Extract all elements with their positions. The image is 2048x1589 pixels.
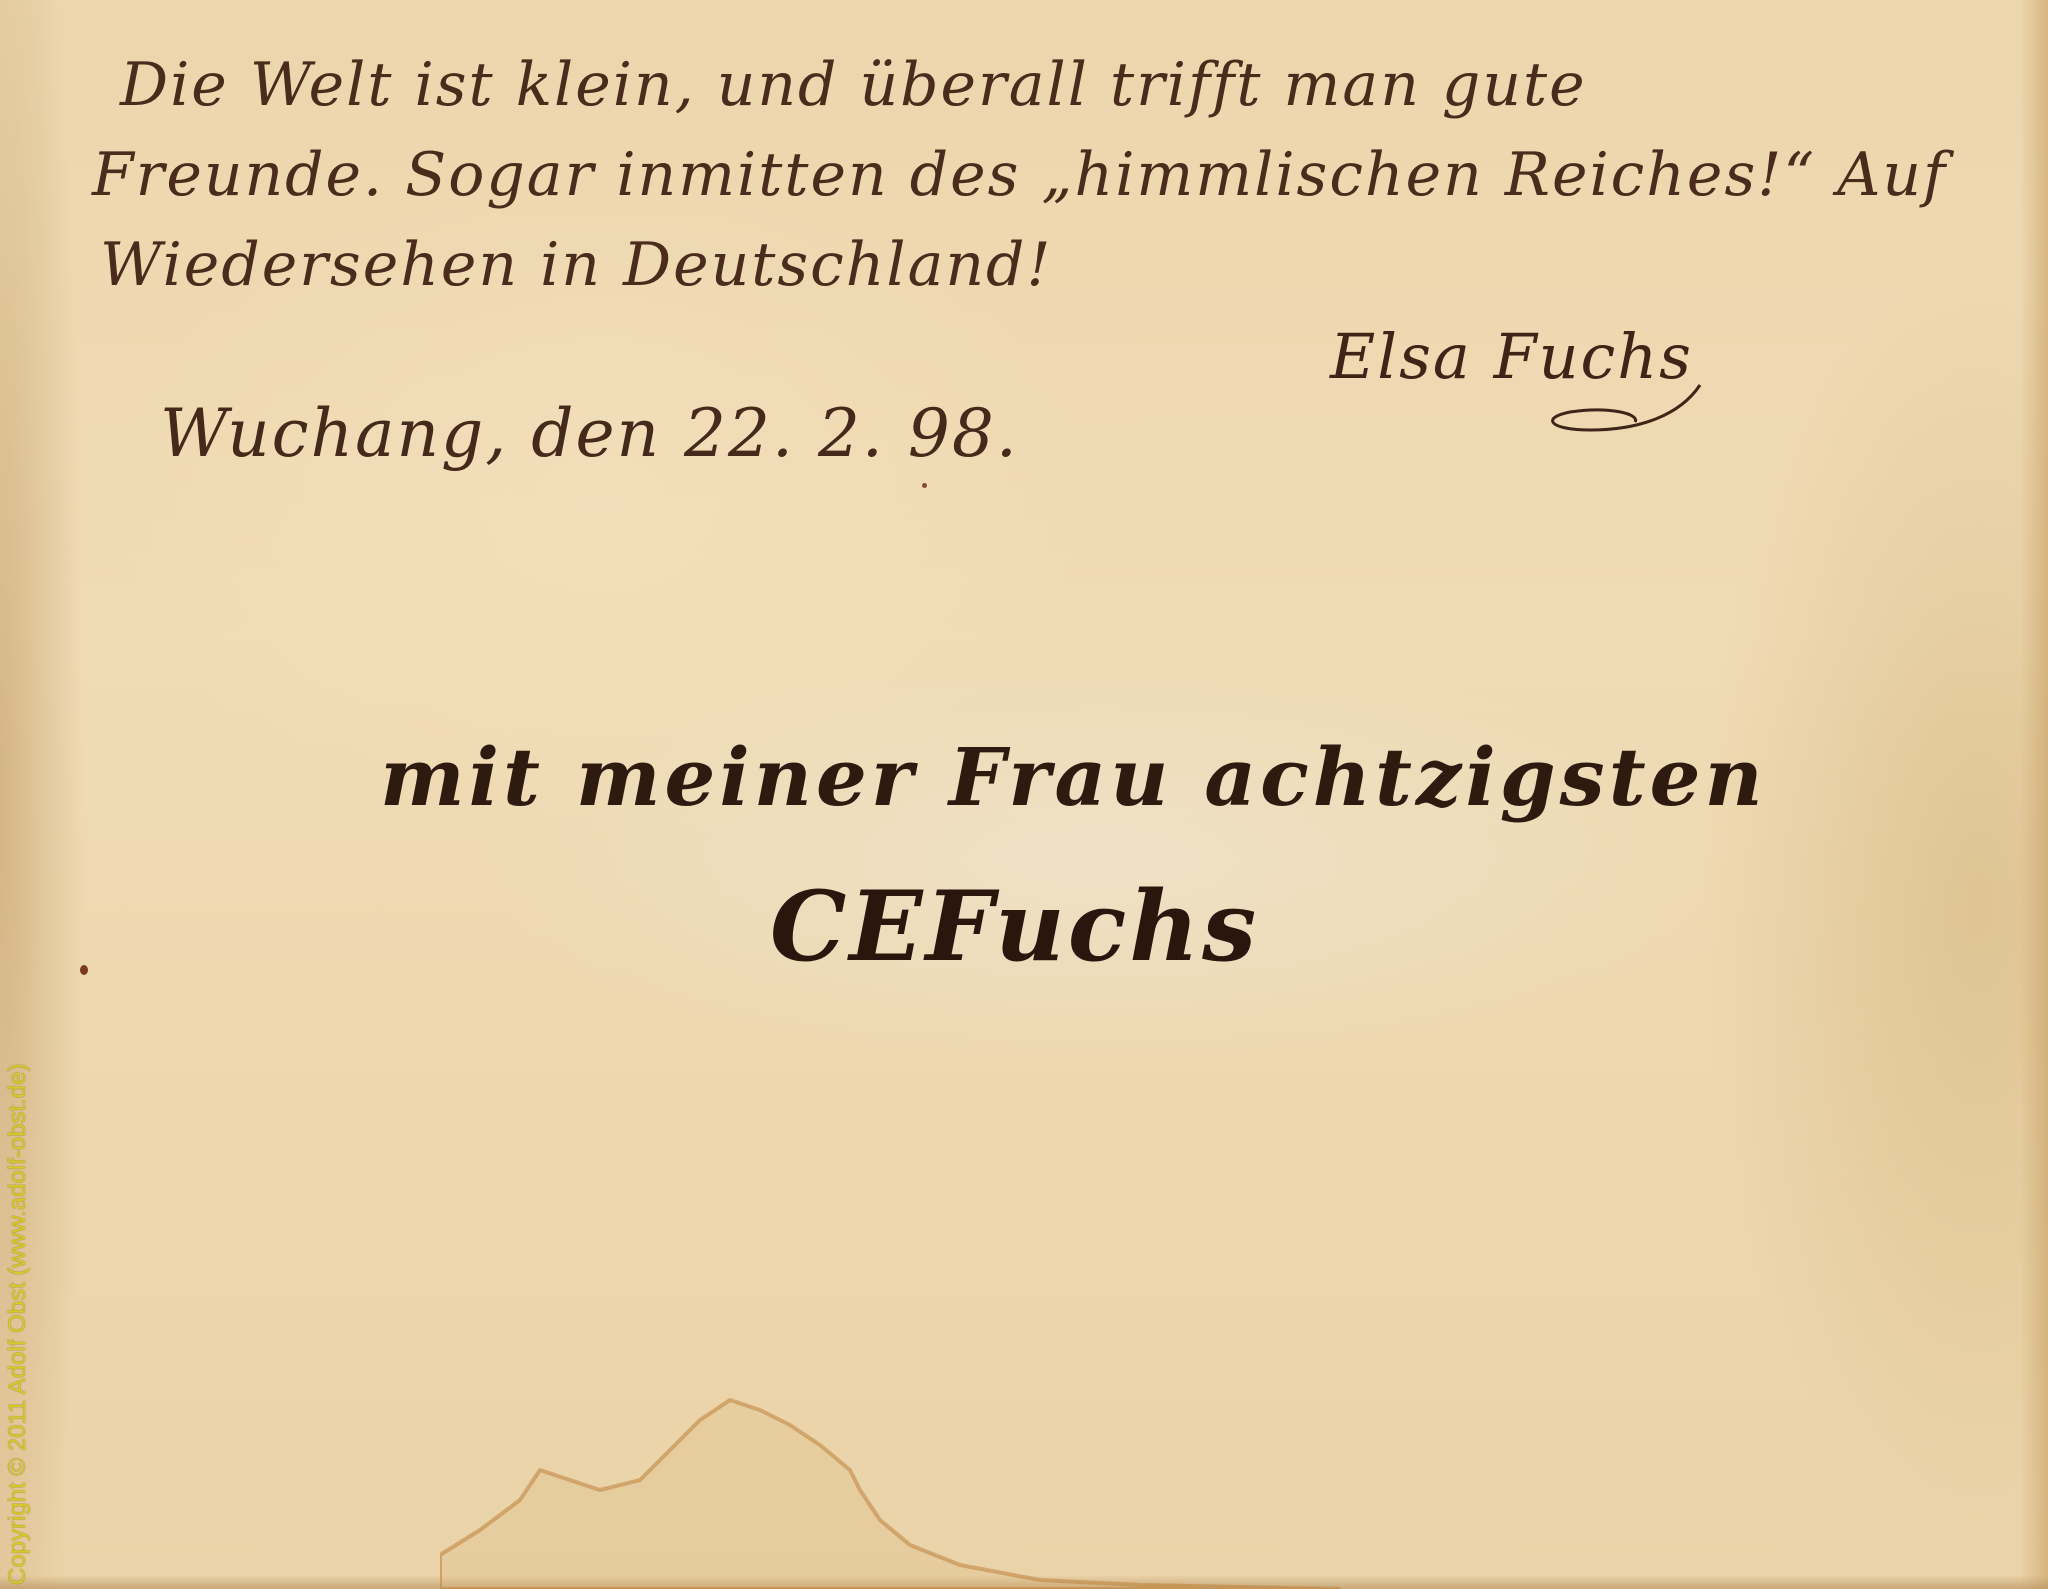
- ink-spot: [922, 483, 927, 488]
- ink-spot: [80, 965, 88, 975]
- entry-1-line-3: Wiedersehen in Deutschland!: [100, 230, 1053, 300]
- place-date: Wuchang, den 22. 2. 98.: [160, 395, 1019, 472]
- album-page: Die Welt ist klein, und überall trifft m…: [0, 0, 2048, 1589]
- entry-1-line-1: Die Welt ist klein, und überall trifft m…: [120, 50, 1587, 120]
- signature-flourish: [1530, 380, 1730, 450]
- paper-edge-right: [2020, 0, 2048, 1589]
- entry-2-line: mit meiner Frau achtzigsten: [380, 730, 1767, 824]
- signature-cefuchs: CEFuchs: [770, 870, 1259, 983]
- copyright-watermark: Copyright © 2011 Adolf Obst (www.adolf-o…: [4, 1064, 32, 1586]
- water-stain: [440, 1380, 1340, 1589]
- entry-1-line-2: Freunde. Sogar inmitten des „himmlischen…: [92, 140, 1947, 210]
